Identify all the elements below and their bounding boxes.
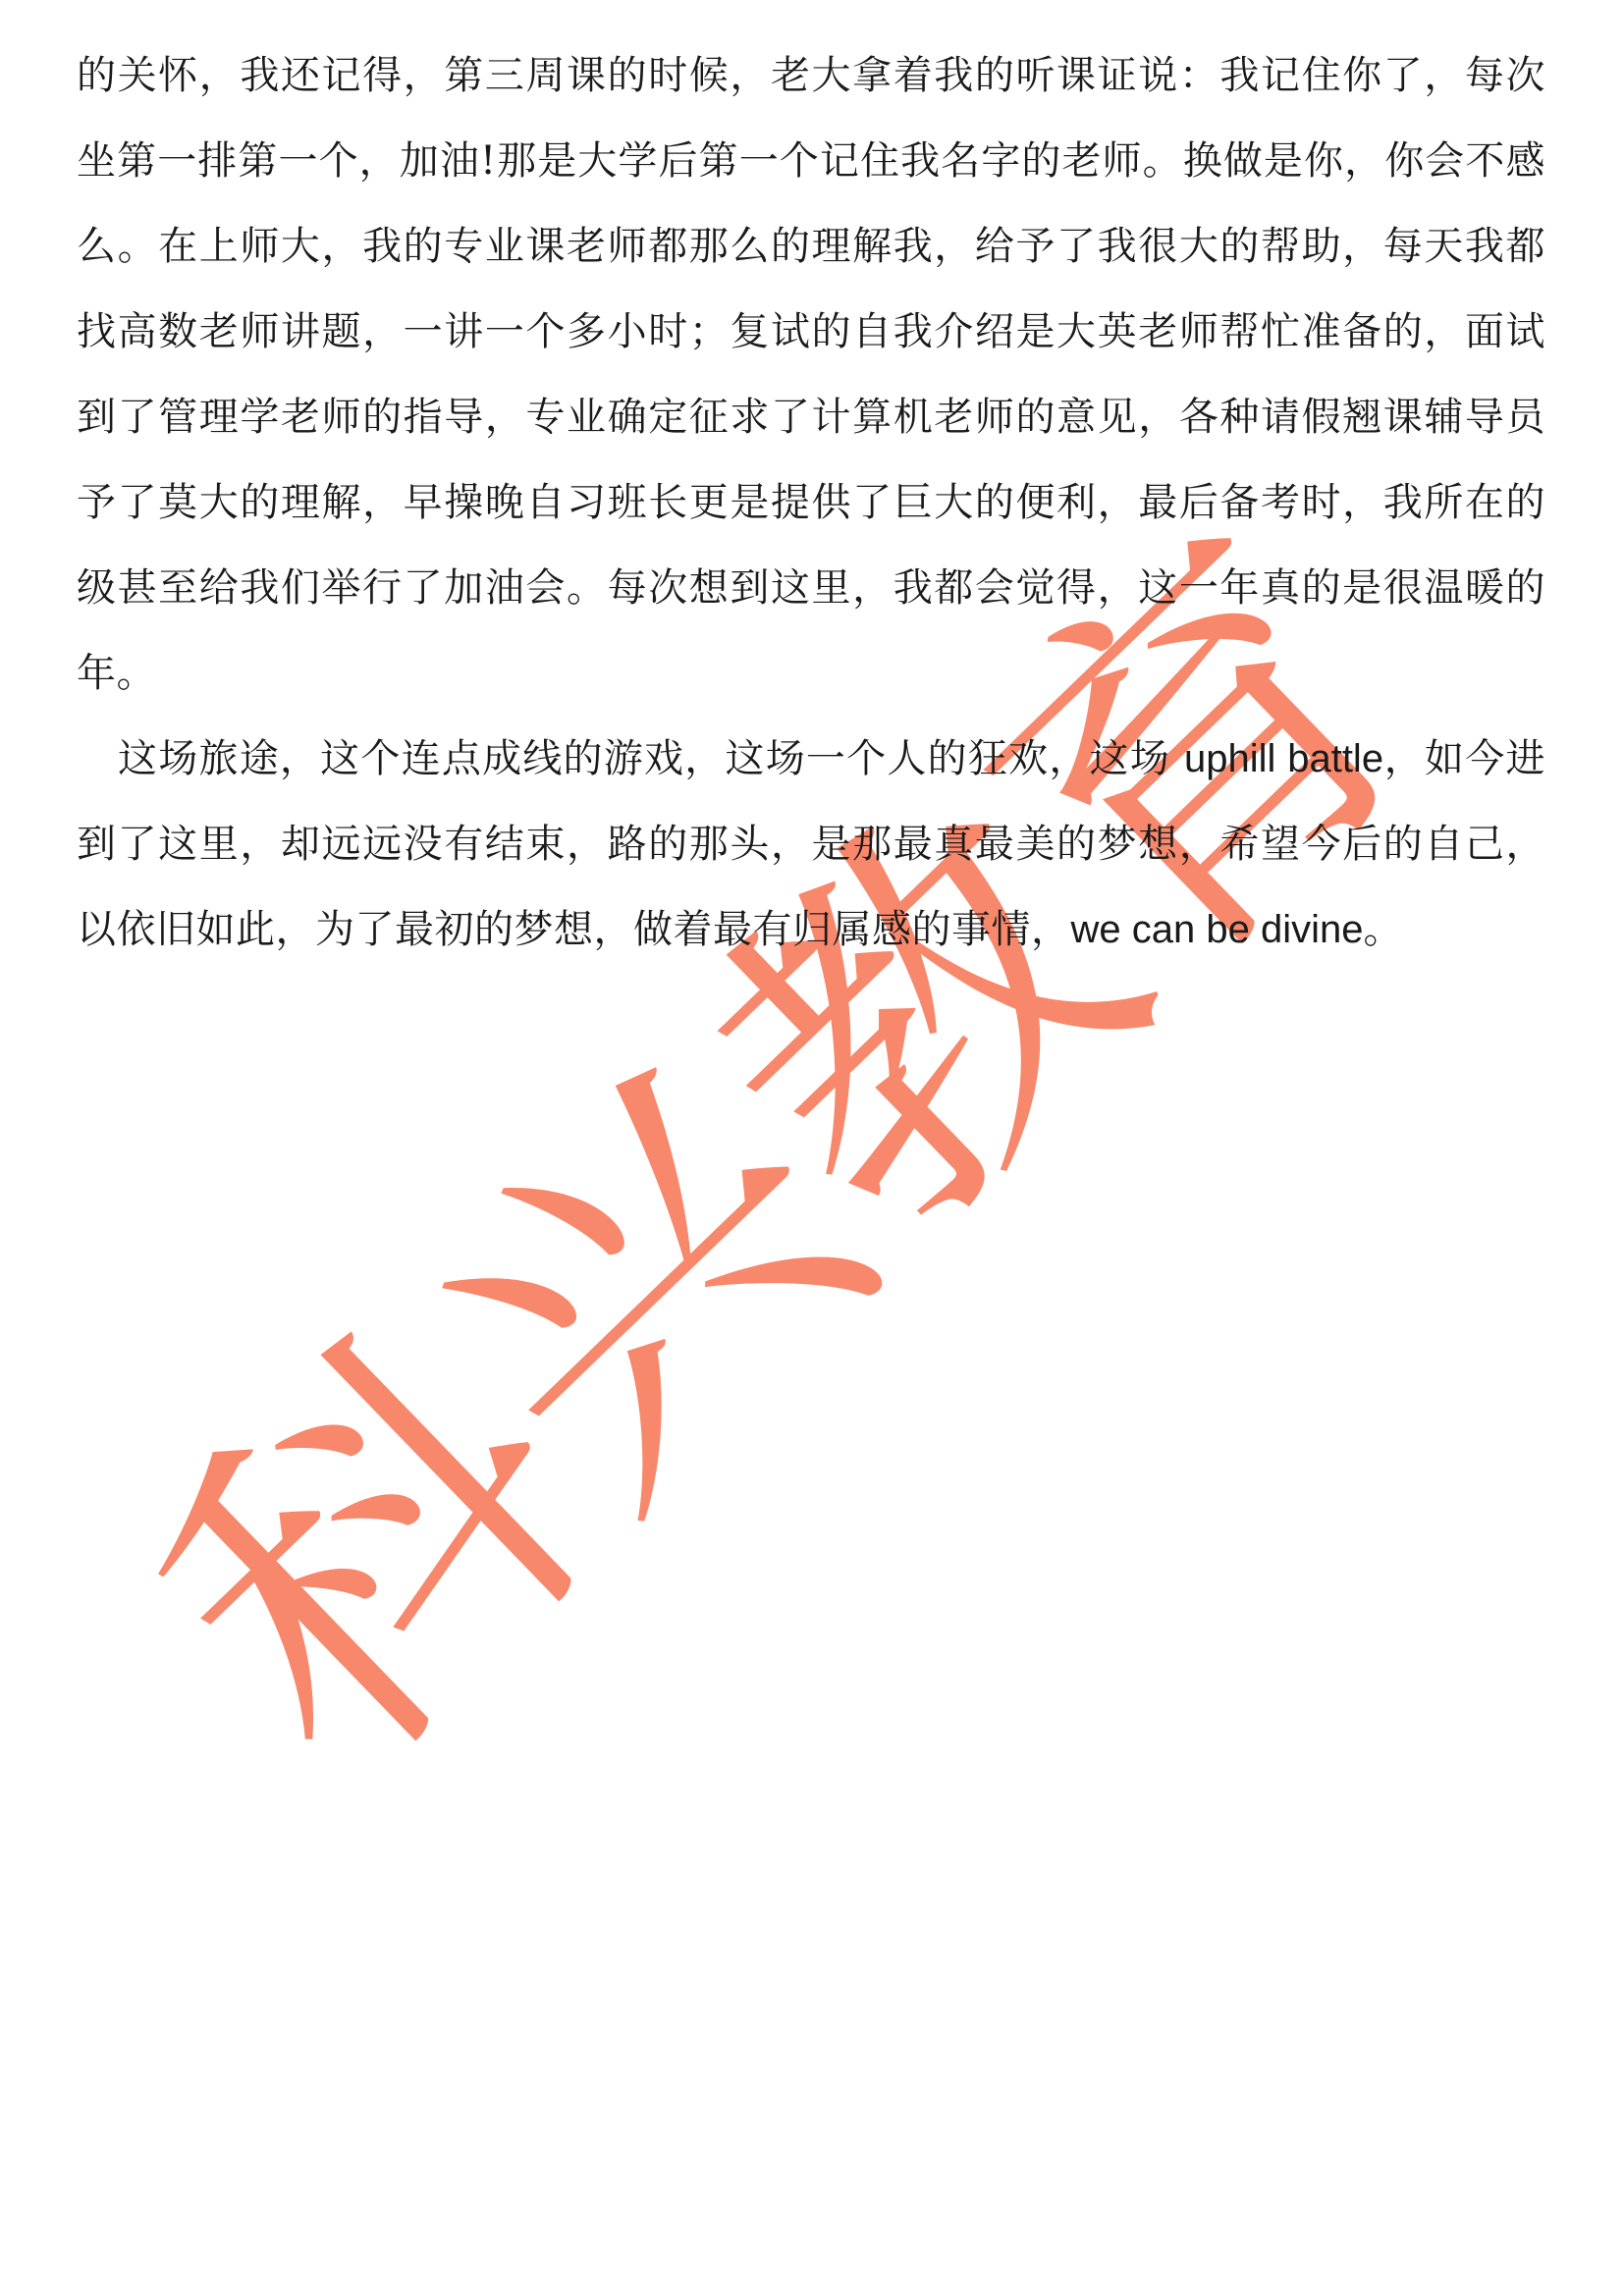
document-body: 的关怀，我还记得，第三周课的时候，老大拿着我的听课证说：我记住你了，每次都 坐第… (77, 33, 1545, 973)
paragraph-2-line-2: 到了这里，却远远没有结束，路的那头，是那最真最美的梦想，希望今后的自己，可 (77, 802, 1545, 887)
document-page: 科兴教育 的关怀，我还记得，第三周课的时候，老大拿着我的听课证说：我记住你了，每… (0, 0, 1624, 2296)
paragraph-1-line-6: 予了莫大的理解，早操晚自习班长更是提供了巨大的便利，最后备考时，我所在的班 (77, 460, 1545, 546)
paragraph-1-line-8: 年。 (77, 631, 1545, 717)
paragraph-1-line-5: 到了管理学老师的指导，专业确定征求了计算机老师的意见，各种请假翘课辅导员给 (77, 375, 1545, 460)
paragraph-1-line-4: 找高数老师讲题，一讲一个多小时；复试的自我介绍是大英老师帮忙准备的，面试得 (77, 290, 1545, 375)
paragraph-1-line-2: 坐第一排第一个，加油!那是大学后第一个记住我名字的老师。换做是你，你会不感动 (77, 119, 1545, 204)
paragraph-1-line-3: 么。在上师大，我的专业课老师都那么的理解我，给予了我很大的帮助，每天我都会 (77, 204, 1545, 290)
paragraph-2-line-1: 这场旅途，这个连点成线的游戏，这场一个人的狂欢，这场 uphill battle… (77, 717, 1545, 802)
paragraph-1-line-7: 级甚至给我们举行了加油会。每次想到这里，我都会觉得，这一年真的是很温暖的一 (77, 546, 1545, 631)
paragraph-1-line-1: 的关怀，我还记得，第三周课的时候，老大拿着我的听课证说：我记住你了，每次都 (77, 33, 1545, 119)
paragraph-2-line-3: 以依旧如此，为了最初的梦想，做着最有归属感的事情，we can be divin… (77, 887, 1545, 973)
